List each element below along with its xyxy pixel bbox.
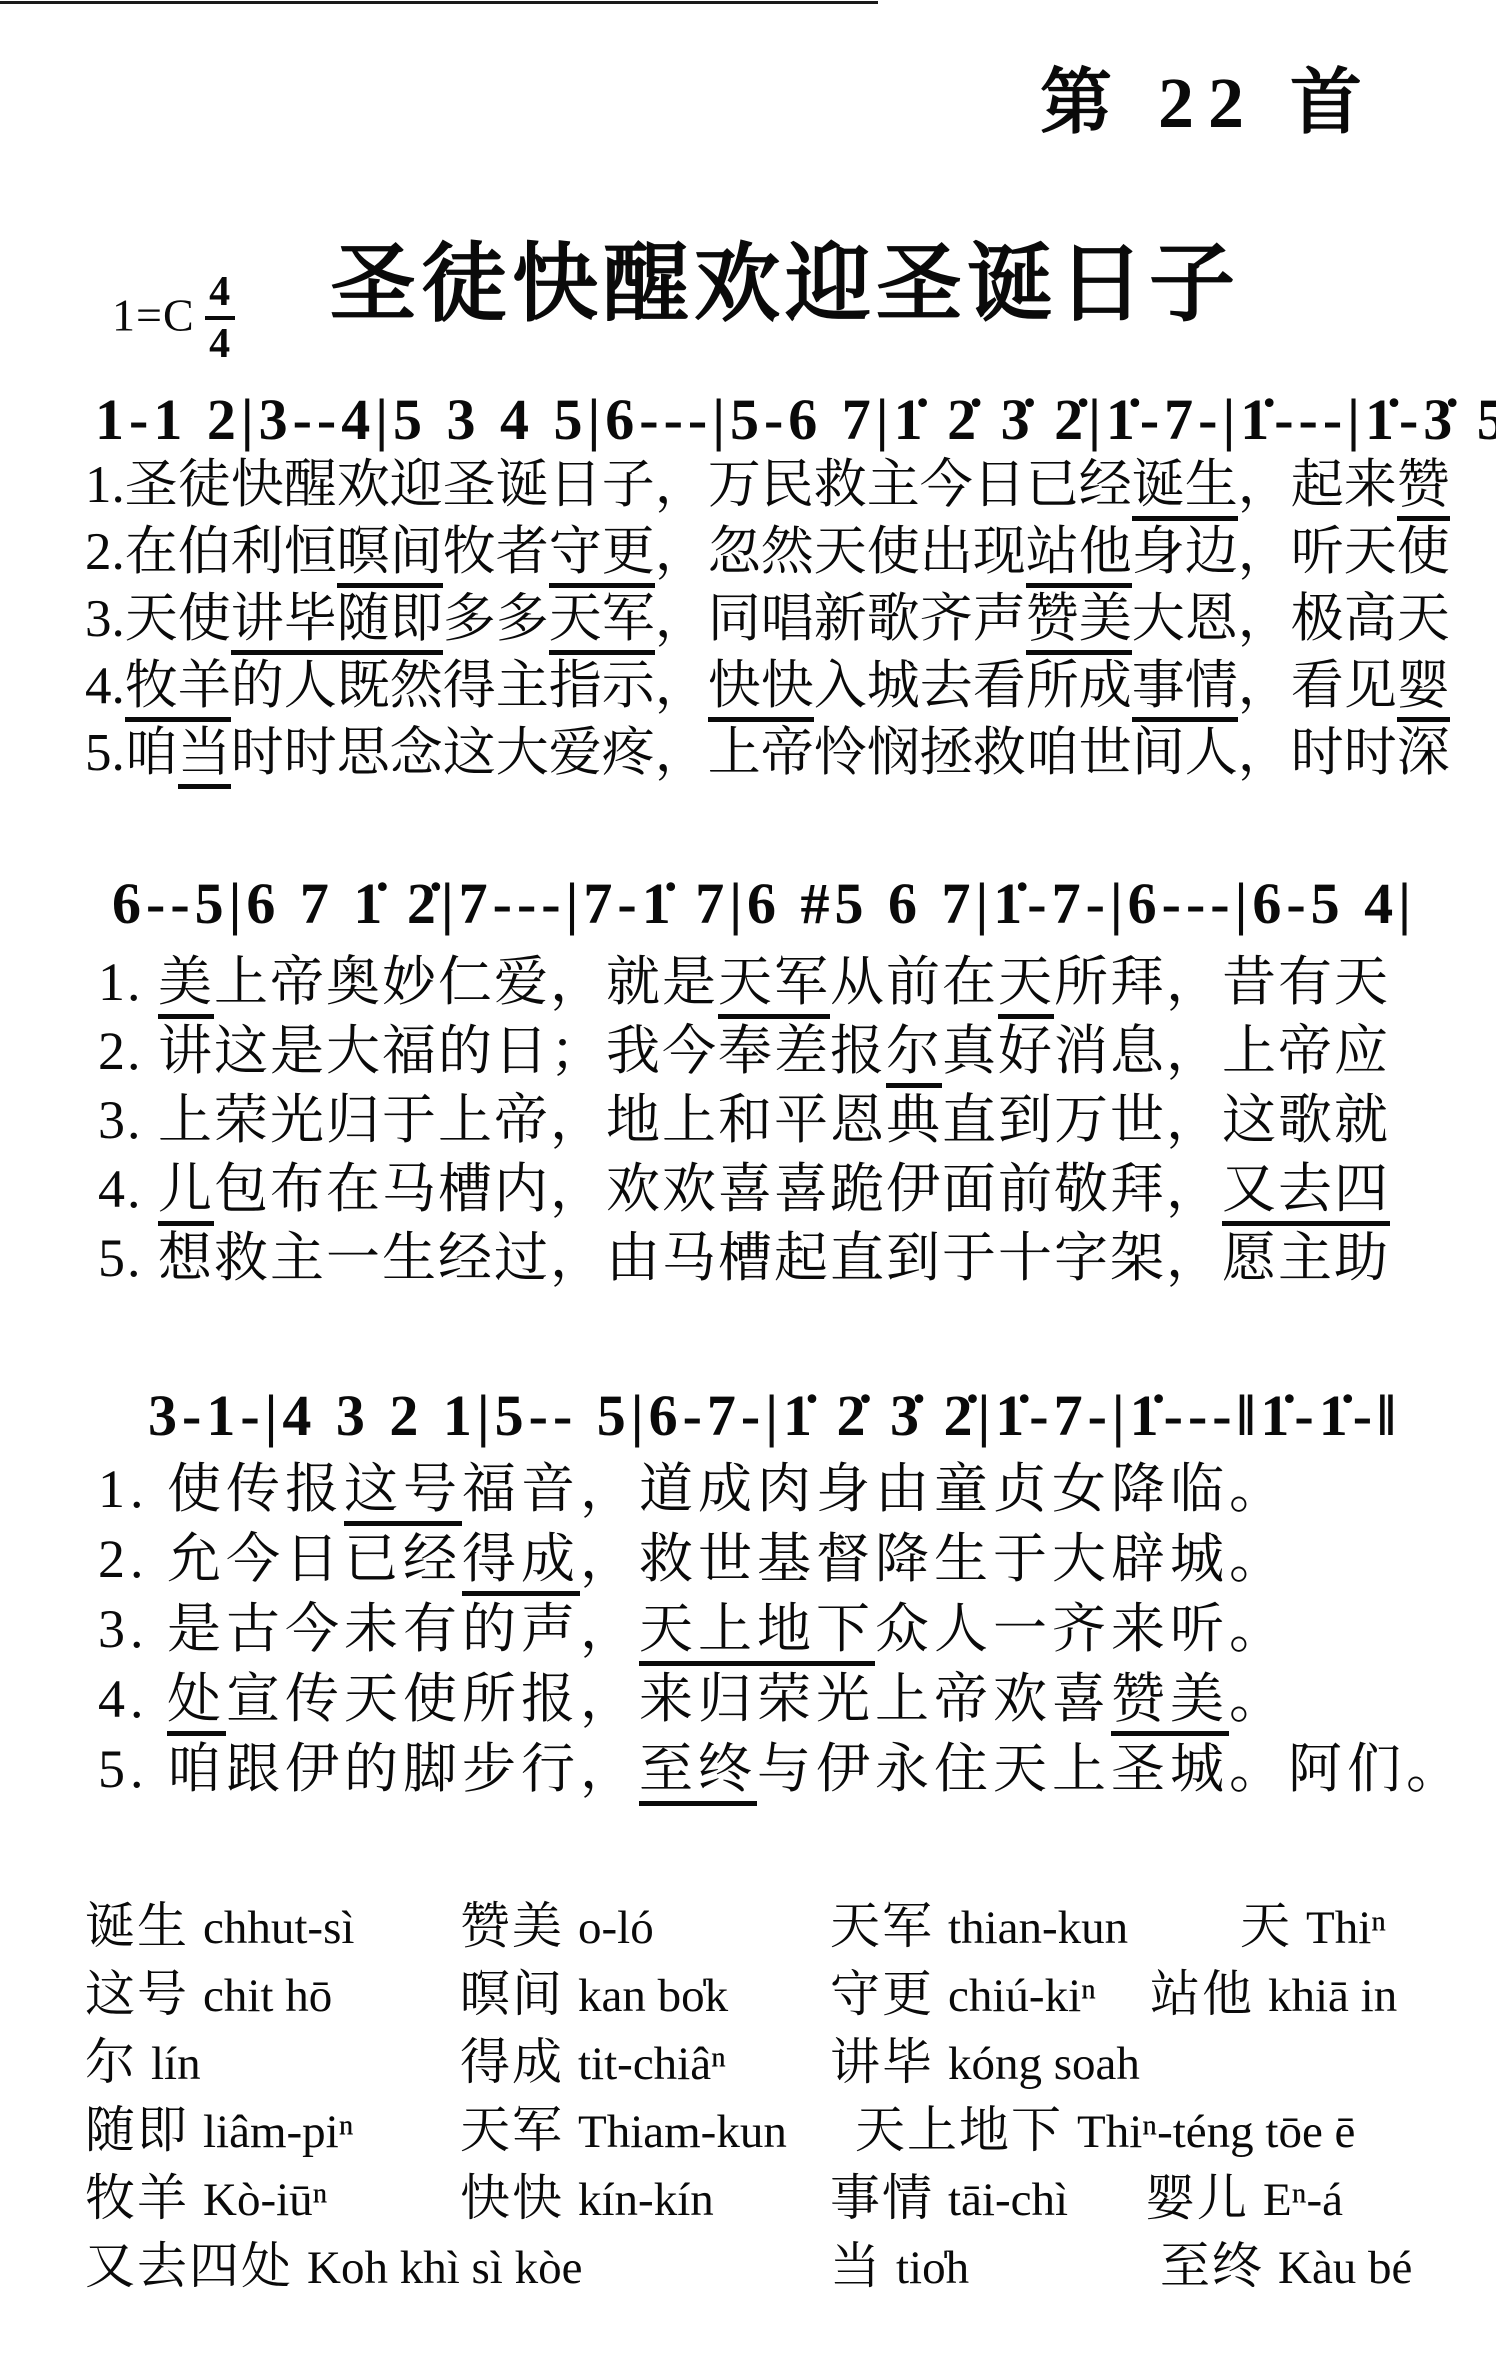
glossary-entry: 当tio̍h <box>830 2226 969 2298</box>
glossary-term: 守更 <box>830 1966 934 2022</box>
glossary-entry: 又去四处Koh khì sì kòe <box>85 2226 582 2298</box>
glossary-entry: 站他khiā in <box>1150 1954 1397 2026</box>
glossary-entry: 守更chiú-kiⁿ <box>830 1954 1096 2026</box>
glossary-romanization: tāi-chì <box>948 2174 1068 2226</box>
glossary-term: 暝间 <box>460 1966 564 2022</box>
glossary-entry: 得成tit-chiâⁿ <box>460 2022 726 2094</box>
glossary-row: 这号chit hō 暝间kan bo̍k 守更chiú-kiⁿ 站他khiā i… <box>0 1954 1496 2016</box>
glossary-romanization: Thiⁿ-téng tōe ē <box>1077 2106 1355 2158</box>
glossary-row: 诞生chhut-sì 赞美o-ló 天军thian-kun 天Thiⁿ <box>0 1886 1496 1948</box>
hymn-sheet-page: 第 22 首 1=C44 圣徒快醒欢迎圣诞日子 1-1 2|3--4|5 3 4… <box>0 0 1496 2358</box>
glossary-entry: 暝间kan bo̍k <box>460 1954 728 2026</box>
glossary-entry: 婴儿Eⁿ-á <box>1145 2158 1343 2230</box>
glossary-romanization: tio̍h <box>896 2242 969 2294</box>
glossary-term: 牧羊 <box>85 2170 189 2226</box>
glossary-row: 又去四处Koh khì sì kòe 当tio̍h 至终Kàu bé <box>0 2226 1496 2288</box>
glossary-romanization: chiú-kiⁿ <box>948 1970 1096 2022</box>
glossary-romanization: liâm-piⁿ <box>203 2106 354 2158</box>
glossary-entry: 讲毕kóng soah <box>830 2022 1140 2094</box>
glossary-romanization: kan bo̍k <box>578 1970 728 2022</box>
glossary-term: 天上地下 <box>855 2102 1063 2158</box>
glossary-entry: 天军thian-kun <box>830 1886 1128 1958</box>
glossary-term: 天 <box>1240 1898 1292 1954</box>
glossary-romanization: Eⁿ-á <box>1263 2174 1343 2226</box>
glossary-entry: 快快kín-kín <box>460 2158 714 2230</box>
glossary-term: 讲毕 <box>830 2034 934 2090</box>
glossary-romanization: Kò-iūⁿ <box>203 2174 327 2226</box>
glossary-term: 天军 <box>830 1898 934 1954</box>
glossary-term: 事情 <box>830 2170 934 2226</box>
glossary-romanization: o-ló <box>578 1902 654 1954</box>
glossary-romanization: Thiam-kun <box>578 2106 787 2158</box>
glossary-romanization: kín-kín <box>578 2174 714 2226</box>
glossary-term: 婴儿 <box>1145 2170 1249 2226</box>
glossary-romanization: Thiⁿ <box>1306 1902 1386 1954</box>
glossary-term: 至终 <box>1160 2238 1264 2294</box>
glossary-romanization: chhut-sì <box>203 1902 354 1954</box>
glossary-entry: 天上地下Thiⁿ-téng tōe ē <box>855 2090 1355 2162</box>
glossary-entry: 牧羊Kò-iūⁿ <box>85 2158 327 2230</box>
glossary-term: 得成 <box>460 2034 564 2090</box>
glossary-romanization: lín <box>151 2038 201 2090</box>
glossary-entry: 天Thiⁿ <box>1240 1886 1386 1958</box>
glossary-term: 这号 <box>85 1966 189 2022</box>
glossary-term: 尔 <box>85 2034 137 2090</box>
glossary-entry: 事情tāi-chì <box>830 2158 1068 2230</box>
glossary-romanization: Koh khì sì kòe <box>307 2242 582 2294</box>
glossary-term: 站他 <box>1150 1966 1254 2022</box>
glossary-entry: 天军Thiam-kun <box>460 2090 787 2162</box>
glossary-section: 诞生chhut-sì 赞美o-ló 天军thian-kun 天Thiⁿ 这号ch… <box>0 0 1496 2358</box>
glossary-term: 又去四处 <box>85 2238 293 2294</box>
glossary-entry: 赞美o-ló <box>460 1886 654 1958</box>
glossary-term: 天军 <box>460 2102 564 2158</box>
glossary-romanization: kóng soah <box>948 2038 1140 2090</box>
glossary-romanization: Kàu bé <box>1278 2242 1412 2294</box>
glossary-romanization: tit-chiâⁿ <box>578 2038 726 2090</box>
glossary-row: 随即liâm-piⁿ 天军Thiam-kun 天上地下Thiⁿ-téng tōe… <box>0 2090 1496 2152</box>
glossary-term: 快快 <box>460 2170 564 2226</box>
glossary-entry: 随即liâm-piⁿ <box>85 2090 354 2162</box>
glossary-romanization: chit hō <box>203 1970 332 2022</box>
glossary-row: 尔lín 得成tit-chiâⁿ 讲毕kóng soah <box>0 2022 1496 2084</box>
glossary-entry: 至终Kàu bé <box>1160 2226 1412 2298</box>
glossary-row: 牧羊Kò-iūⁿ 快快kín-kín 事情tāi-chì 婴儿Eⁿ-á <box>0 2158 1496 2220</box>
glossary-entry: 尔lín <box>85 2022 201 2094</box>
glossary-term: 当 <box>830 2238 882 2294</box>
glossary-romanization: thian-kun <box>948 1902 1128 1954</box>
glossary-term: 赞美 <box>460 1898 564 1954</box>
glossary-entry: 诞生chhut-sì <box>85 1886 354 1958</box>
glossary-term: 随即 <box>85 2102 189 2158</box>
glossary-romanization: khiā in <box>1268 1970 1397 2022</box>
glossary-term: 诞生 <box>85 1898 189 1954</box>
glossary-entry: 这号chit hō <box>85 1954 332 2026</box>
